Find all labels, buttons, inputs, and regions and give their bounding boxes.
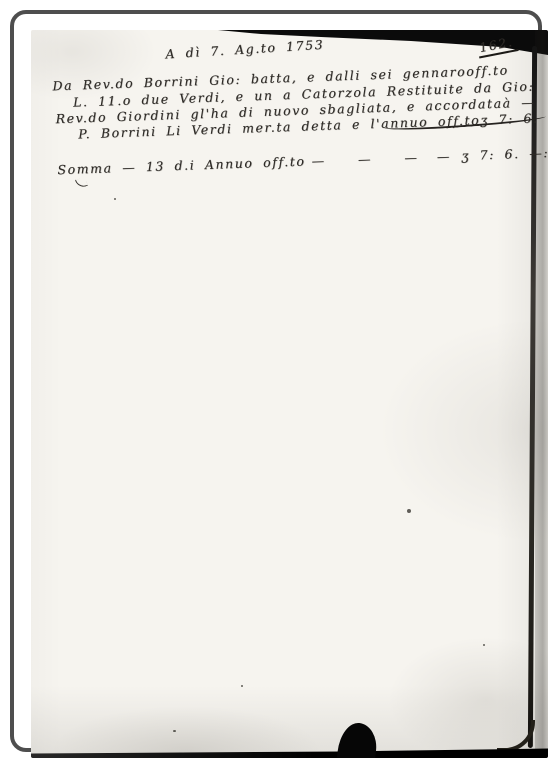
flourish-mark: [75, 177, 88, 188]
handwriting-layer: A dì 7. Ag.to 1753 162. Da Rev.do Borrin…: [31, 30, 548, 758]
viewer-frame: A dì 7. Ag.to 1753 162. Da Rev.do Borrin…: [10, 10, 542, 752]
entry-line-1-tail: off.to: [466, 62, 509, 78]
summary-line: Somma — 13 d.i Annuo off.to — — — — ʒ 7:…: [57, 145, 548, 177]
folio-number: 162.: [476, 33, 519, 58]
entry-line-3-tail: à —: [502, 94, 535, 110]
summary-text: Somma — 13 d.i Annuo off.to: [57, 154, 306, 178]
date-line: A dì 7. Ag.to 1753: [165, 37, 325, 62]
summary-amount: ʒ 7: 6. —:: [461, 145, 548, 163]
summary-dashes: — — — —: [305, 148, 461, 168]
manuscript-page: A dì 7. Ag.to 1753 162. Da Rev.do Borrin…: [31, 30, 548, 758]
scan-viewer: A dì 7. Ag.to 1753 162. Da Rev.do Borrin…: [0, 0, 552, 760]
